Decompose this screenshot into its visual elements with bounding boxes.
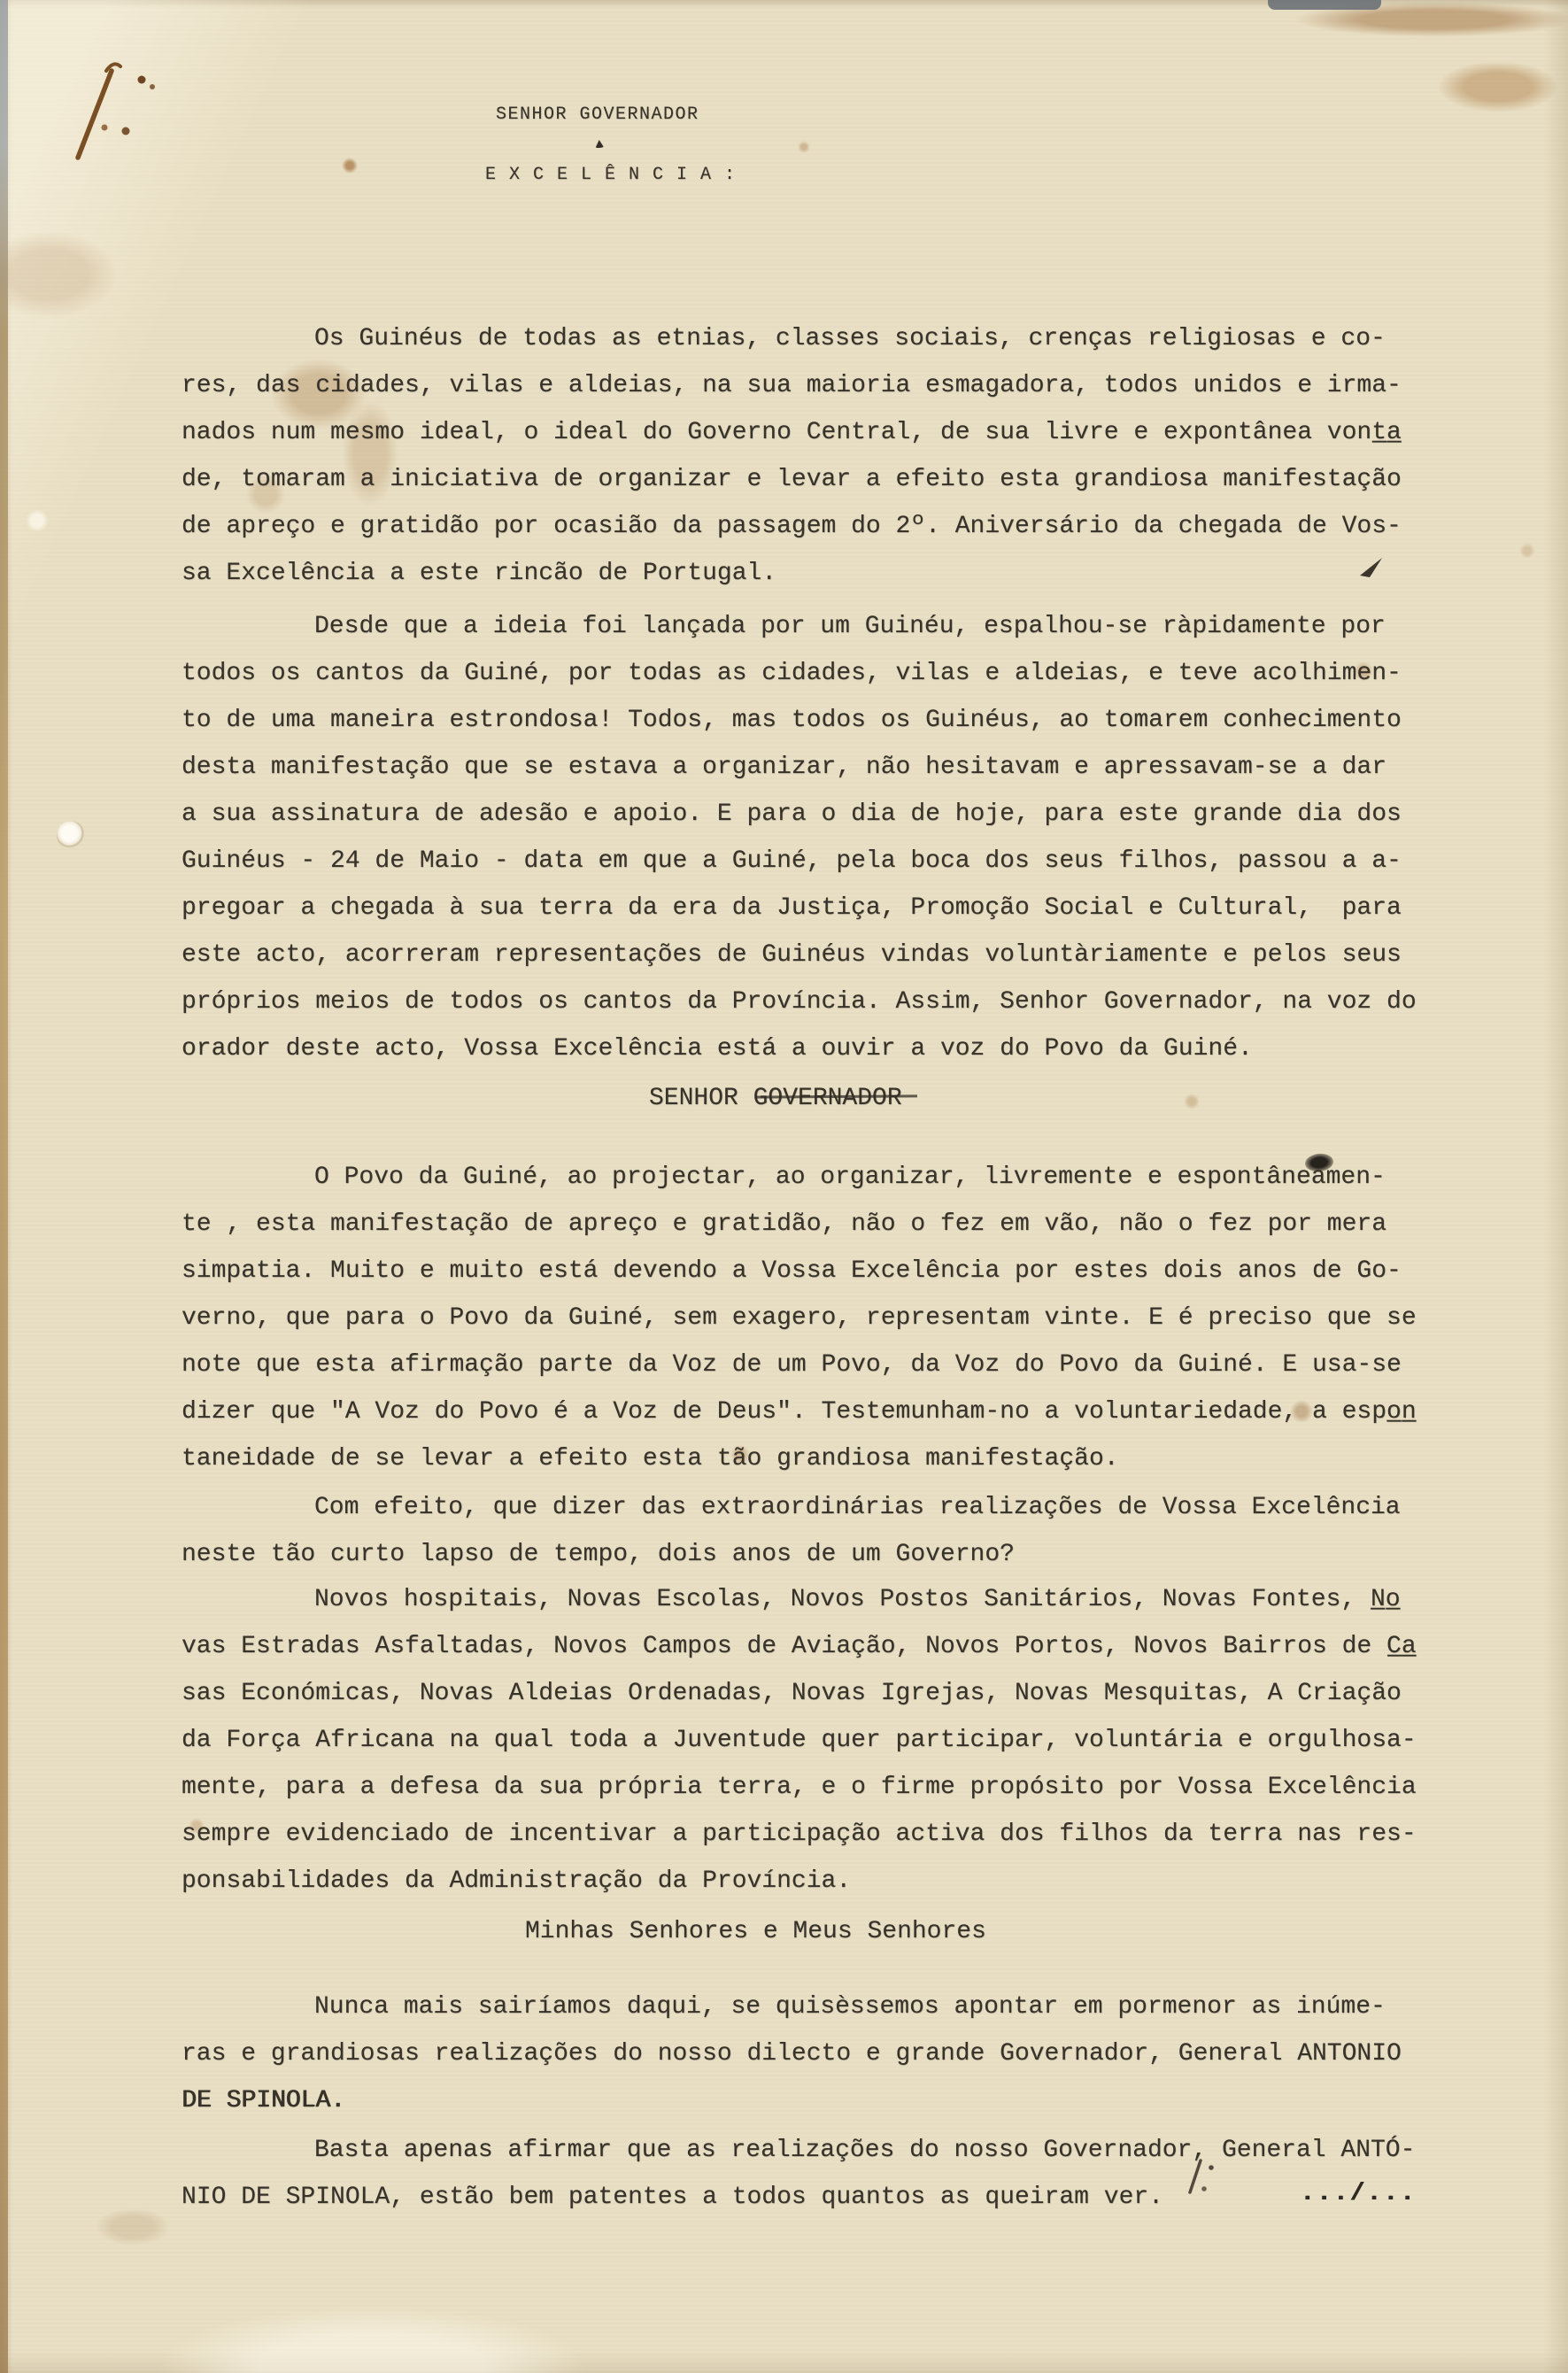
text-line: neste tão curto lapso de tempo, dois ano… bbox=[182, 1531, 1401, 1578]
paper-sheet: SENHOR GOVERNADOREXCELÊNCIA:Os Guinéus d… bbox=[0, 0, 1568, 2373]
text-line: este acto, acorreram representações de G… bbox=[182, 931, 1417, 978]
paragraph: Desde que a ideia foi lançada por um Gui… bbox=[182, 603, 1417, 1072]
text-line: Basta apenas afirmar que as realizações … bbox=[182, 2127, 1415, 2174]
paragraph: Novos hospitais, Novas Escolas, Novos Po… bbox=[182, 1576, 1417, 1905]
text-line: res, das cidades, vilas e aldeias, na su… bbox=[182, 362, 1402, 409]
scan-left-edge bbox=[0, 0, 8, 2373]
text-line: sempre evidenciado de incentivar a parti… bbox=[182, 1811, 1417, 1858]
paragraph: Basta apenas afirmar que as realizações … bbox=[182, 2127, 1415, 2221]
heading: SENHOR GOVERNADOR bbox=[496, 104, 699, 125]
text-line: sa Excelência a este rincão de Portugal. bbox=[182, 550, 1402, 597]
text-line: Nunca mais sairíamos daqui, se quisèssem… bbox=[182, 1983, 1402, 2030]
stray-circumflex-mark bbox=[595, 140, 605, 149]
text-line: te , esta manifestação de apreço e grati… bbox=[182, 1201, 1417, 1248]
continuation-mark: .../... bbox=[1300, 2180, 1417, 2207]
text-line: NIO DE SPINOLA, estão bem patentes a tod… bbox=[182, 2174, 1415, 2221]
text-line: Com efeito, que dizer das extraordinária… bbox=[182, 1484, 1401, 1531]
text-line: simpatia. Muito e muito está devendo a V… bbox=[182, 1248, 1417, 1295]
heading: Minhas Senhores e Meus Senhores bbox=[525, 1918, 986, 1945]
text-line: Desde que a ideia foi lançada por um Gui… bbox=[182, 603, 1417, 650]
text-line: Guinéus - 24 de Maio - data em que a Gui… bbox=[182, 838, 1417, 885]
text-line: orador deste acto, Vossa Excelência está… bbox=[182, 1025, 1417, 1072]
text-line: note que esta afirmação parte da Voz de … bbox=[182, 1341, 1417, 1388]
paragraph: Com efeito, que dizer das extraordinária… bbox=[182, 1484, 1401, 1578]
text-line: nados num mesmo ideal, o ideal do Govern… bbox=[182, 409, 1402, 456]
text-line: de apreço e gratidão por ocasião da pass… bbox=[182, 503, 1402, 550]
text-line: verno, que para o Povo da Guiné, sem exa… bbox=[182, 1295, 1417, 1341]
text-line: pregoar a chegada à sua terra da era da … bbox=[182, 885, 1417, 931]
scan-top-edge-fragment bbox=[1268, 0, 1381, 10]
text-line: ponsabilidades da Administração da Proví… bbox=[182, 1858, 1417, 1905]
heading: EXCELÊNCIA: bbox=[485, 165, 748, 185]
text-line: desta manifestação que se estava a organ… bbox=[182, 744, 1417, 791]
text-line: a sua assinatura de adesão e apoio. E pa… bbox=[182, 791, 1417, 838]
paragraph: Os Guinéus de todas as etnias, classes s… bbox=[182, 315, 1402, 597]
text-line: Novos hospitais, Novas Escolas, Novos Po… bbox=[182, 1576, 1417, 1623]
punch-hole bbox=[57, 821, 85, 850]
paragraph: Nunca mais sairíamos daqui, se quisèssem… bbox=[182, 1983, 1402, 2124]
text-line: mente, para a defesa da sua própria terr… bbox=[182, 1764, 1417, 1811]
text-line: vas Estradas Asfaltadas, Novos Campos de… bbox=[182, 1623, 1417, 1670]
paragraph: O Povo da Guiné, ao projectar, ao organi… bbox=[182, 1154, 1417, 1482]
text-line: ras e grandiosas realizações do nosso di… bbox=[182, 2030, 1402, 2077]
handwritten-mark-icon bbox=[51, 46, 175, 179]
text-line: dizer que "A Voz do Povo é a Voz de Deus… bbox=[182, 1388, 1417, 1435]
heading: SENHOR GOVERNADOR bbox=[649, 1085, 902, 1112]
document-page: { "colors": { "paper": "#e9dfc4", "ink":… bbox=[0, 0, 1568, 2373]
text-line: da Força Africana na qual toda a Juventu… bbox=[182, 1717, 1417, 1764]
text-line: sas Económicas, Novas Aldeias Ordenadas,… bbox=[182, 1670, 1417, 1717]
text-line: to de uma maneira estrondosa! Todos, mas… bbox=[182, 697, 1417, 744]
text-line: O Povo da Guiné, ao projectar, ao organi… bbox=[182, 1154, 1417, 1201]
text-line: Os Guinéus de todas as etnias, classes s… bbox=[182, 315, 1402, 362]
text-line: próprios meios de todos os cantos da Pro… bbox=[182, 978, 1417, 1025]
text-line: taneidade de se levar a efeito esta tão … bbox=[182, 1435, 1417, 1482]
text-line: todos os cantos da Guiné, por todas as c… bbox=[182, 650, 1417, 697]
text-line: de, tomaram a iniciativa de organizar e … bbox=[182, 456, 1402, 503]
text-line: DE SPINOLA. bbox=[182, 2077, 1402, 2124]
